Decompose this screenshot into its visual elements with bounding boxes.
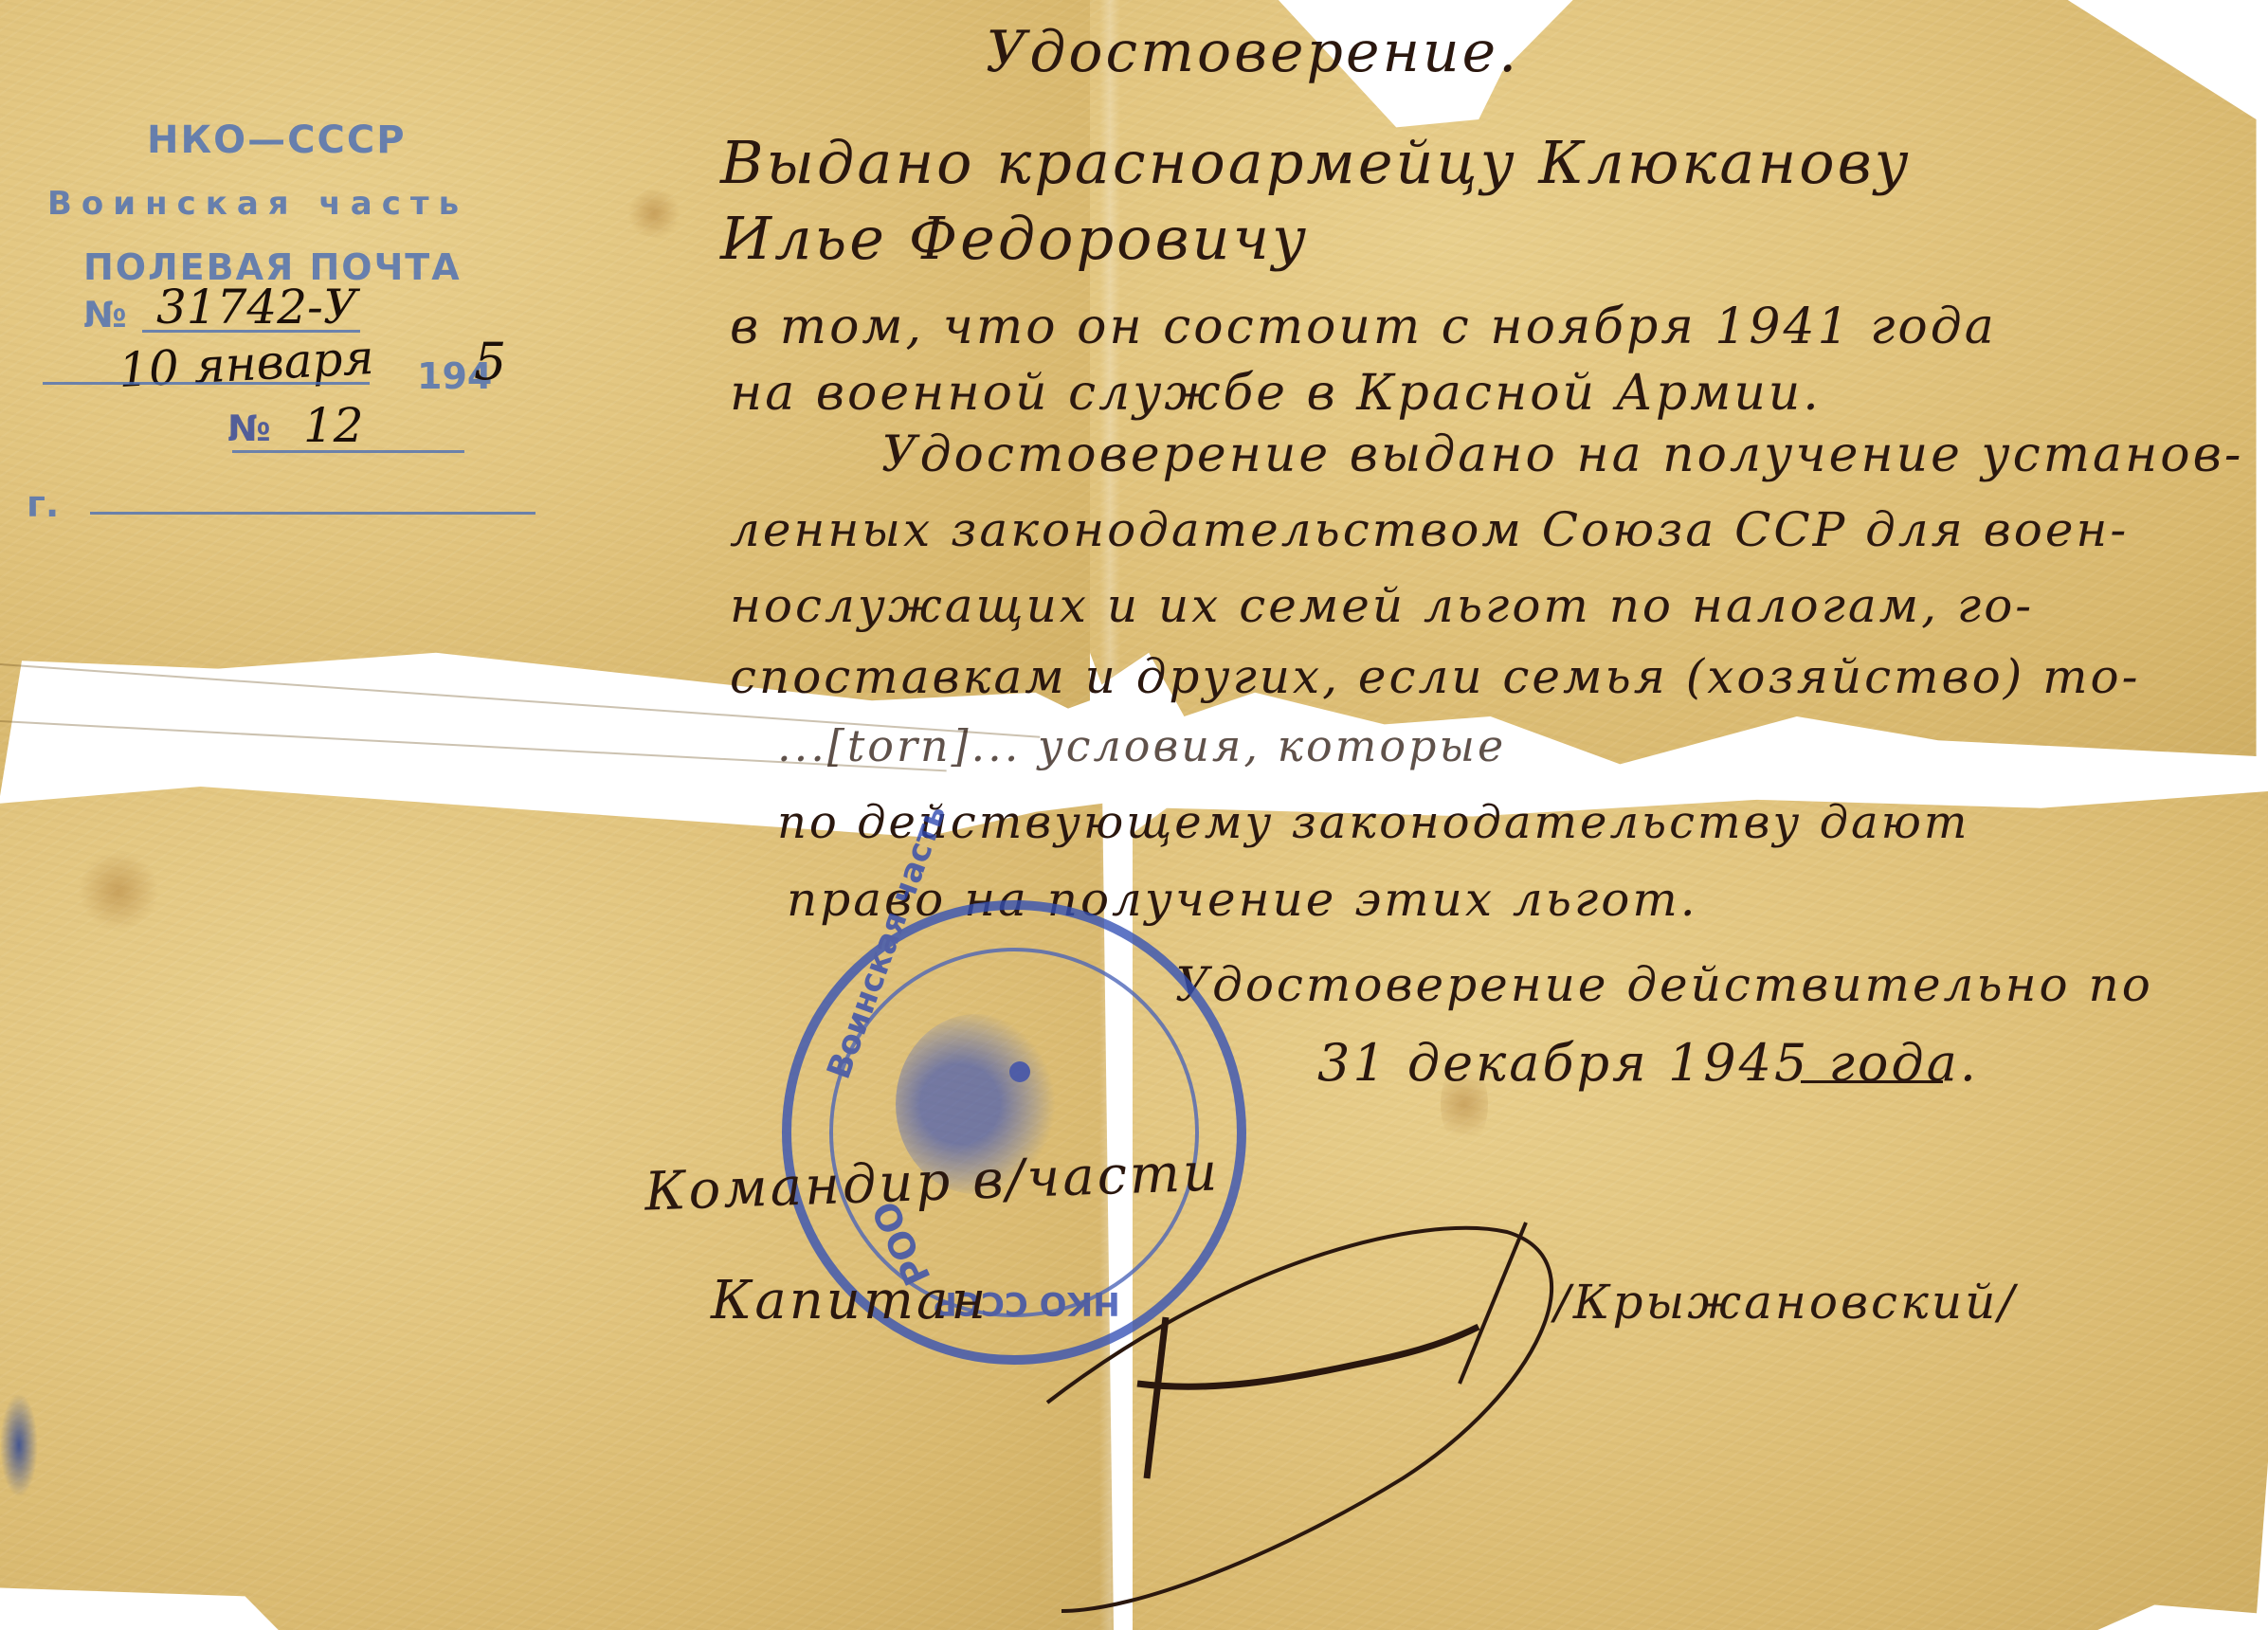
- stamp-city-label: г.: [27, 483, 59, 525]
- body-line: на военной службе в Красной Армии.: [730, 365, 1822, 422]
- stamp-line-nko: НКО—СССР: [147, 118, 407, 162]
- body-line: Выдано красноармейцу Клюканову: [720, 128, 1912, 197]
- document-title: Удостоверение.: [986, 19, 1519, 85]
- date-underline: [1801, 1080, 1943, 1083]
- body-line: споставкам и других, если семья (хозяйст…: [730, 649, 2141, 704]
- stain: [626, 190, 682, 237]
- body-line: ленных законодательством Союза ССР для в…: [730, 502, 2129, 557]
- body-line: Илье Федоровичу: [720, 204, 1309, 273]
- body-line: Удостоверение выдано на получение устано…: [881, 426, 2243, 483]
- stamp-number-value: 31742-У: [156, 280, 357, 335]
- signature-name: /Крыжановский/: [1554, 1275, 2017, 1330]
- body-line: 31 декабря 1945 года.: [1317, 1033, 1979, 1093]
- body-line: Удостоверение действительно по: [1175, 957, 2153, 1012]
- stamp-year-hand: 5: [474, 332, 506, 391]
- stamp-reg-value: 12: [303, 398, 364, 453]
- signature-role-captain: Капитан: [711, 1270, 989, 1331]
- stamp-underline: [232, 450, 464, 453]
- stamp-line-unit: Воинская часть: [47, 185, 468, 223]
- body-line: по действующему законодательству дают: [777, 796, 1969, 849]
- stain: [76, 853, 161, 929]
- stamp-reg-label: №: [227, 407, 271, 449]
- seal-star-dot: [1009, 1061, 1030, 1082]
- stamp-underline: [43, 382, 370, 385]
- stamp-underline: [90, 512, 535, 515]
- ink-smudge: [0, 1393, 38, 1497]
- body-line: ...[torn]... условия, которые: [777, 720, 1506, 771]
- stamp-number-label: №: [83, 294, 127, 335]
- body-line: в том, что он состоит с ноября 1941 года: [730, 299, 1997, 355]
- body-line: нослужащих и их семей льгот по налогам, …: [730, 578, 2034, 633]
